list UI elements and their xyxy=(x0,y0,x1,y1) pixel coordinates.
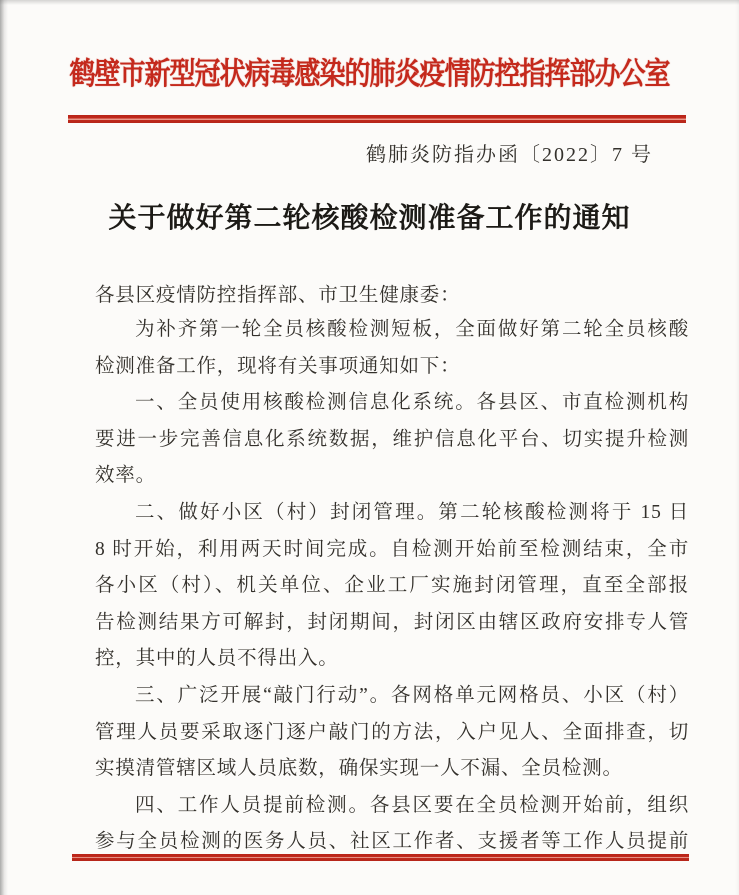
header-divider-rule xyxy=(68,115,686,123)
body-line: 为补齐第一轮全员核酸检测短板，全面做好第二轮全员核酸 xyxy=(95,312,689,349)
document-body: 为补齐第一轮全员核酸检测短板，全面做好第二轮全员核酸检测准备工作，现将有关事项通… xyxy=(95,312,689,861)
body-line: 实摸清管辖区域人员底数，确保实现一人不漏、全员检测。 xyxy=(95,751,689,788)
salutation-line: 各县区疫情防控指挥部、市卫生健康委： xyxy=(95,279,460,307)
body-line: 二、做好小区（村）封闭管理。第二轮核酸检测将于 15 日 xyxy=(95,495,689,532)
scan-edge-top xyxy=(0,0,739,5)
body-line: 效率。 xyxy=(95,458,689,495)
document-title: 关于做好第二轮核酸检测准备工作的通知 xyxy=(0,196,739,236)
scanned-official-document: 鹤壁市新型冠状病毒感染的肺炎疫情防控指挥部办公室 鹤肺炎防指办函〔2022〕7 … xyxy=(0,0,739,895)
scan-edge-left xyxy=(0,0,8,895)
body-line: 控，其中的人员不得出入。 xyxy=(95,641,689,678)
body-line: 告检测结果方可解封，封闭期间，封闭区由辖区政府安排专人管 xyxy=(95,605,689,642)
document-number: 鹤肺炎防指办函〔2022〕7 号 xyxy=(366,138,653,167)
body-line: 要进一步完善信息化系统数据，维护信息化平台、切实提升检测 xyxy=(95,422,689,459)
issuing-office-name: 鹤壁市新型冠状病毒感染的肺炎疫情防控指挥部办公室 xyxy=(0,50,739,94)
body-line: 四、工作人员提前检测。各县区要在全员检测开始前，组织 xyxy=(95,788,689,825)
body-line: 管理人员要采取逐门逐户敲门的方法，入户见人、全面排查，切 xyxy=(95,715,689,752)
body-line: 一、全员使用核酸检测信息化系统。各县区、市直检测机构 xyxy=(95,385,689,422)
body-line: 三、广泛开展“敲门行动”。各网格单元网格员、小区（村） xyxy=(95,678,689,715)
footer-rule xyxy=(72,854,689,861)
body-line: 检测准备工作，现将有关事项通知如下： xyxy=(95,349,689,386)
body-line: 8 时开始，利用两天时间完成。自检测开始前至检测结束，全市 xyxy=(95,532,689,569)
body-line: 各小区（村）、机关单位、企业工厂实施封闭管理，直至全部报 xyxy=(95,568,689,605)
